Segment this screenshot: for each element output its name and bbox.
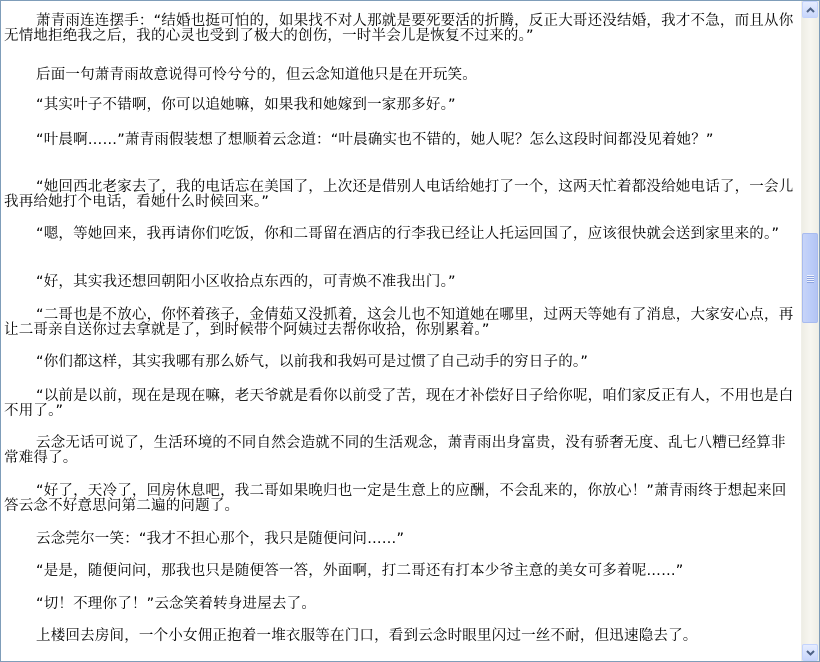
paragraph: 萧青雨连连摆手：“结婚也挺可怕的，如果找不对人那就是要死要活的折腾，反正大哥还没…	[4, 14, 794, 44]
chevron-up-icon	[806, 7, 815, 13]
chevron-down-icon	[806, 650, 815, 656]
grip-icon	[807, 275, 814, 282]
scroll-down-button[interactable]	[802, 644, 818, 661]
scroll-up-button[interactable]	[802, 1, 818, 18]
paragraph: “她回西北老家去了，我的电话忘在美国了，上次还是借别人电话给她打了一个，这两天忙…	[4, 180, 794, 210]
document-content: 萧青雨连连摆手：“结婚也挺可怕的，如果找不对人那就是要死要活的折腾，反正大哥还没…	[2, 1, 802, 661]
paragraph: 云念莞尔一笑：“我才不担心那个，我只是随便问问……”	[4, 532, 794, 547]
document-window: 萧青雨连连摆手：“结婚也挺可怕的，如果找不对人那就是要死要活的折腾，反正大哥还没…	[0, 0, 820, 662]
paragraph: “好，其实我还想回朝阳小区收拾点东西的，可青焕不准我出门。”	[4, 275, 794, 290]
paragraph: “以前是以前，现在是现在嘛，老天爷就是看你以前受了苦，现在才补偿好日子给你呢，咱…	[4, 389, 794, 419]
paragraph: “嗯，等她回来，我再请你们吃饭，你和二哥留在酒店的行李我已经让人托运回国了，应该…	[4, 227, 794, 242]
paragraph: 云念无话可说了，生活环境的不同自然会造就不同的生活观念，萧青雨出身富贵，没有骄奢…	[4, 436, 794, 466]
paragraph: “二哥也是不放心，你怀着孩子，金倩茹又没抓着，这会儿也不知道她在哪里，过两天等她…	[4, 308, 794, 338]
paragraph: 后面一句萧青雨故意说得可怜兮兮的，但云念知道他只是在开玩笑。	[4, 68, 794, 83]
paragraph: “其实叶子不错啊，你可以追她嘛，如果我和她嫁到一家那多好。”	[4, 98, 794, 113]
vertical-scrollbar[interactable]	[801, 1, 819, 661]
paragraph: 上楼回去房间，一个小女佣正抱着一堆衣服等在门口，看到云念时眼里闪过一丝不耐，但迅…	[4, 629, 794, 644]
paragraph: “是是，随便问问，那我也只是随便答一答，外面啊，打二哥还有打本少爷主意的美女可多…	[4, 564, 794, 579]
paragraph: “好了，天冷了，回房休息吧，我二哥如果晚归也一定是生意上的应酬，不会乱来的，你放…	[4, 484, 794, 514]
paragraph: “切！不理你了！”云念笑着转身进屋去了。	[4, 597, 794, 612]
paragraph: “叶晨啊……”萧青雨假装想了想顺着云念道：“叶晨确实也不错的，她人呢？怎么这段时…	[4, 133, 794, 148]
scroll-thumb[interactable]	[802, 233, 818, 323]
paragraph: “你们都这样，其实我哪有那么娇气，以前我和我妈可是过惯了自己动手的穷日子的。”	[4, 355, 794, 370]
